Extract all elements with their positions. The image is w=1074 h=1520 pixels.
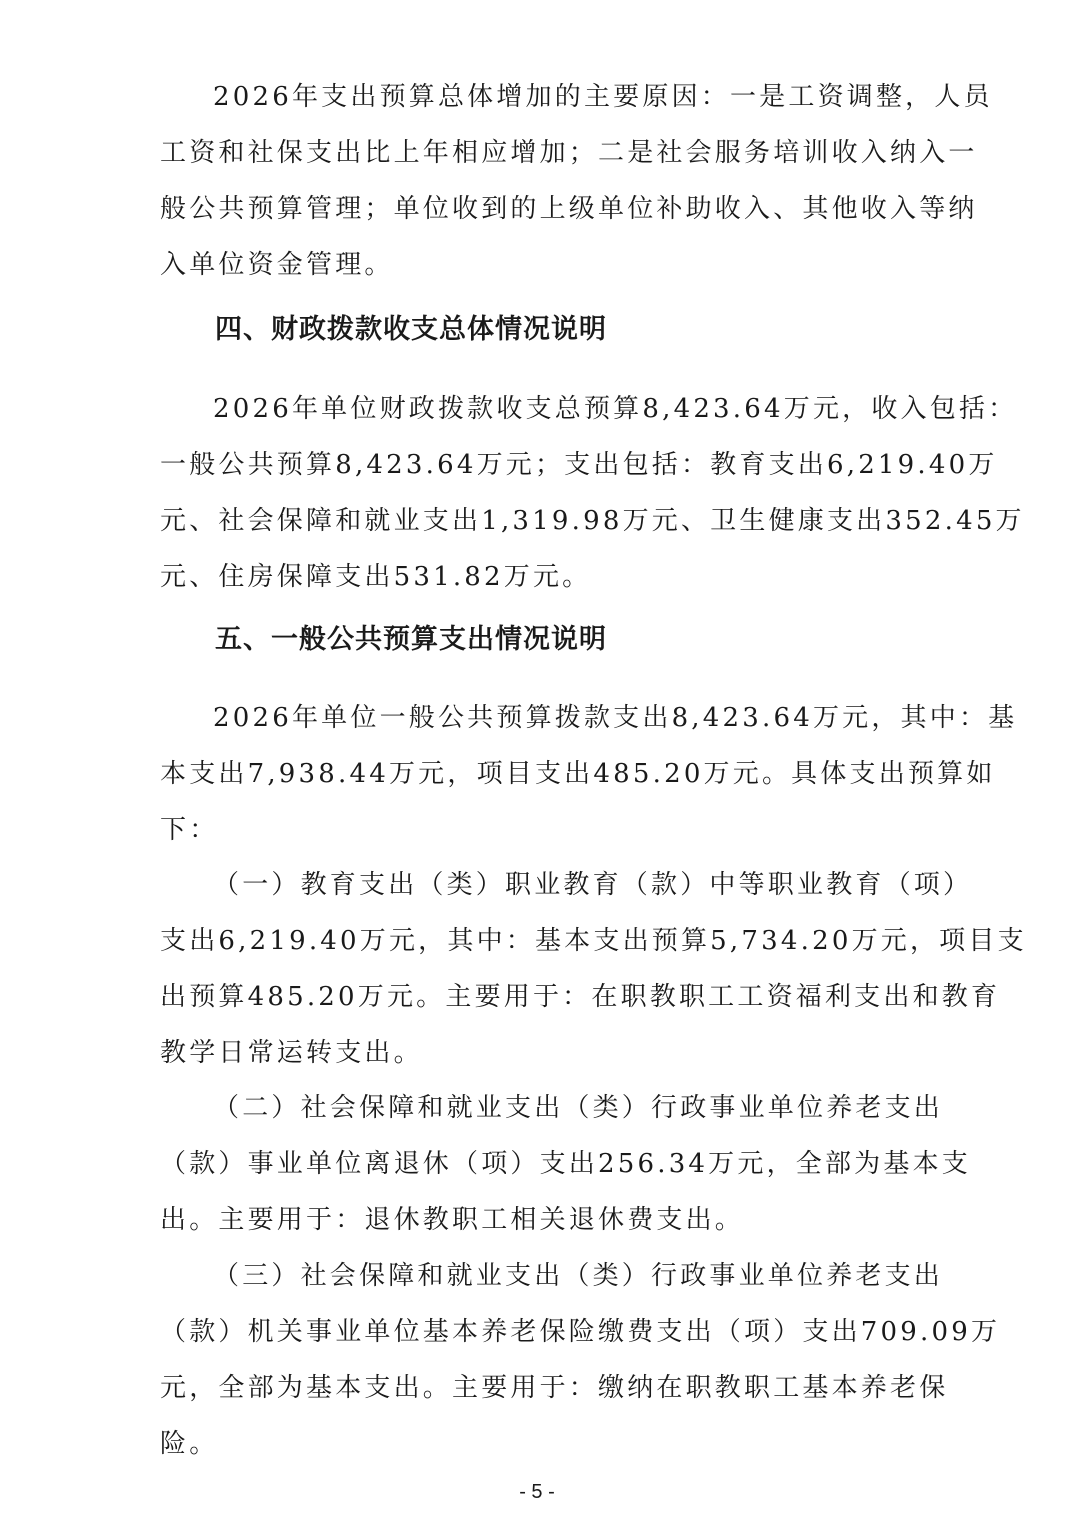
text-line: 元，全部为基本支出。主要用于：缴纳在职教职工基本养老保 bbox=[160, 1371, 930, 1405]
text-line: 一般公共预算8,423.64万元；支出包括：教育支出6,219.40万 bbox=[160, 448, 930, 482]
text-line: 入单位资金管理。 bbox=[160, 248, 930, 282]
text-line: （一）教育支出（类）职业教育（款）中等职业教育（项） bbox=[213, 868, 930, 902]
document-page: 2026年支出预算总体增加的主要原因：一是工资调整，人员 工资和社保支出比上年相… bbox=[0, 0, 1074, 1520]
text-line: 出。主要用于：退休教职工相关退休费支出。 bbox=[160, 1203, 930, 1237]
text-line: 2026年单位财政拨款收支总预算8,423.64万元，收入包括： bbox=[213, 392, 930, 426]
text-line: 元、住房保障支出531.82万元。 bbox=[160, 560, 930, 594]
text-line: 教学日常运转支出。 bbox=[160, 1036, 930, 1070]
page-number: - 5 - bbox=[0, 1478, 1074, 1506]
text-line: （款）机关事业单位基本养老保险缴费支出（项）支出709.09万 bbox=[160, 1315, 930, 1349]
text-line: 本支出7,938.44万元，项目支出485.20万元。具体支出预算如 bbox=[160, 757, 930, 791]
section-heading-general-public-budget: 五、一般公共预算支出情况说明 bbox=[215, 623, 607, 657]
text-line: 支出6,219.40万元，其中：基本支出预算5,734.20万元，项目支 bbox=[160, 924, 930, 958]
text-line: 下： bbox=[160, 813, 930, 847]
text-line: 元、社会保障和就业支出1,319.98万元、卫生健康支出352.45万 bbox=[160, 504, 930, 538]
text-line: 2026年单位一般公共预算拨款支出8,423.64万元，其中：基 bbox=[213, 701, 930, 735]
text-line: 2026年支出预算总体增加的主要原因：一是工资调整，人员 bbox=[213, 80, 930, 114]
text-line: 般公共预算管理；单位收到的上级单位补助收入、其他收入等纳 bbox=[160, 192, 930, 226]
text-line: （三）社会保障和就业支出（类）行政事业单位养老支出 bbox=[213, 1259, 930, 1293]
section-heading-fiscal-appropriation: 四、财政拨款收支总体情况说明 bbox=[215, 313, 607, 347]
text-line: 险。 bbox=[160, 1427, 930, 1461]
text-line: （二）社会保障和就业支出（类）行政事业单位养老支出 bbox=[213, 1091, 930, 1125]
text-line: 出预算485.20万元。主要用于：在职教职工工资福利支出和教育 bbox=[160, 980, 930, 1014]
text-line: 工资和社保支出比上年相应增加；二是社会服务培训收入纳入一 bbox=[160, 136, 930, 170]
text-line: （款）事业单位离退休（项）支出256.34万元，全部为基本支 bbox=[160, 1147, 930, 1181]
